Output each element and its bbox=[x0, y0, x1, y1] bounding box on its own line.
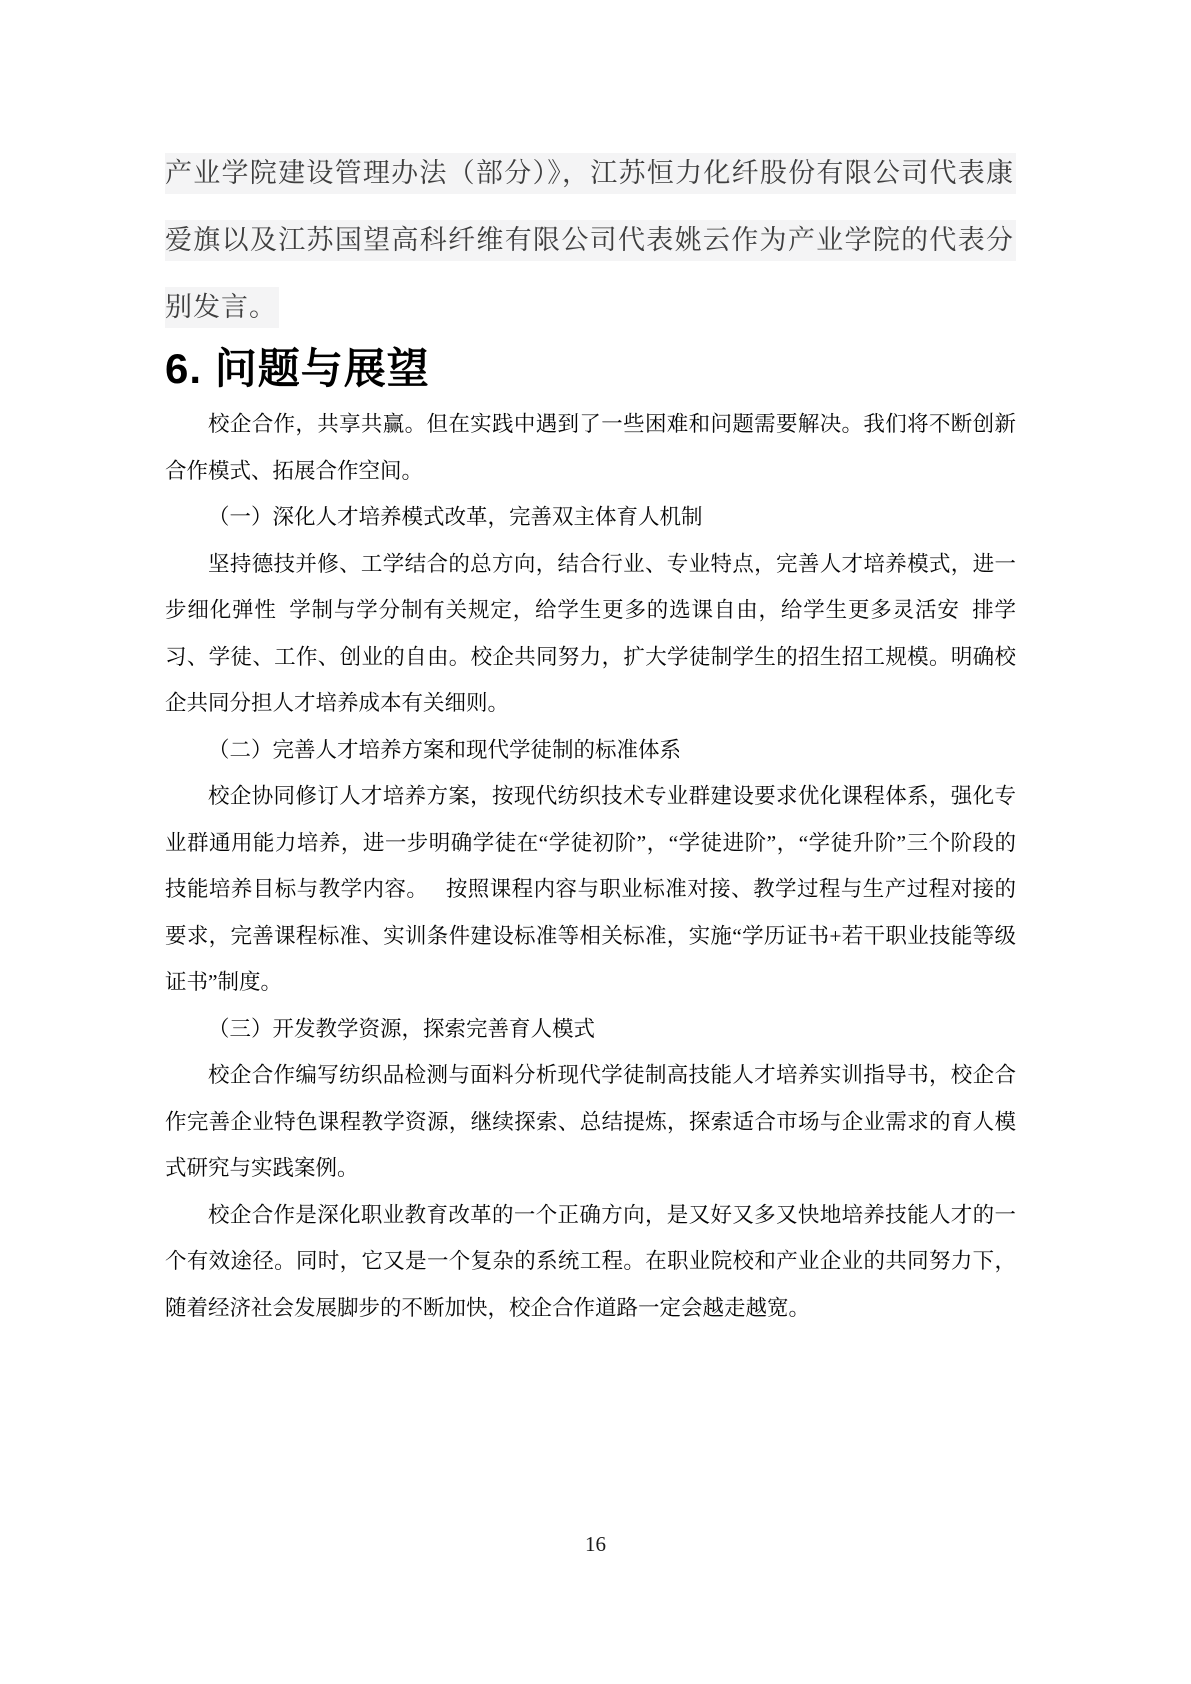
paragraph-body-3: 校企合作编写纺织品检测与面料分析现代学徒制高技能人才培养实训指导书，校企合作完善… bbox=[165, 1052, 1016, 1192]
paragraph-intro: 校企合作，共享共赢。但在实践中遇到了一些困难和问题需要解决。我们将不断创新合作模… bbox=[165, 401, 1016, 494]
highlighted-paragraph: 产业学院建设管理办法（部分）》，江苏恒力化纤股份有限公司代表康爱旗以及江苏国望高… bbox=[165, 140, 1016, 341]
section-heading: 6. 问题与展望 bbox=[165, 345, 1016, 393]
document-page: 产业学院建设管理办法（部分）》，江苏恒力化纤股份有限公司代表康爱旗以及江苏国望高… bbox=[0, 0, 1191, 1684]
page-footer: 16 bbox=[0, 1532, 1191, 1557]
paragraph-subheading-3: （三）开发教学资源，探索完善育人模式 bbox=[165, 1006, 1016, 1053]
paragraph-subheading-1: （一）深化人才培养模式改革，完善双主体育人机制 bbox=[165, 494, 1016, 541]
highlighted-text: 产业学院建设管理办法（部分）》，江苏恒力化纤股份有限公司代表康爱旗以及江苏国望高… bbox=[165, 153, 1016, 328]
paragraph-body-1: 坚持德技并修、工学结合的总方向，结合行业、专业特点，完善人才培养模式，进一步细化… bbox=[165, 541, 1016, 727]
page-number: 16 bbox=[585, 1532, 606, 1556]
paragraph-subheading-2: （二）完善人才培养方案和现代学徒制的标准体系 bbox=[165, 727, 1016, 774]
paragraph-body-2: 校企协同修订人才培养方案，按现代纺织技术专业群建设要求优化课程体系，强化专业群通… bbox=[165, 773, 1016, 1006]
page-content: 产业学院建设管理办法（部分）》，江苏恒力化纤股份有限公司代表康爱旗以及江苏国望高… bbox=[165, 140, 1016, 1331]
paragraph-conclusion: 校企合作是深化职业教育改革的一个正确方向，是又好又多又快地培养技能人才的一个有效… bbox=[165, 1192, 1016, 1332]
